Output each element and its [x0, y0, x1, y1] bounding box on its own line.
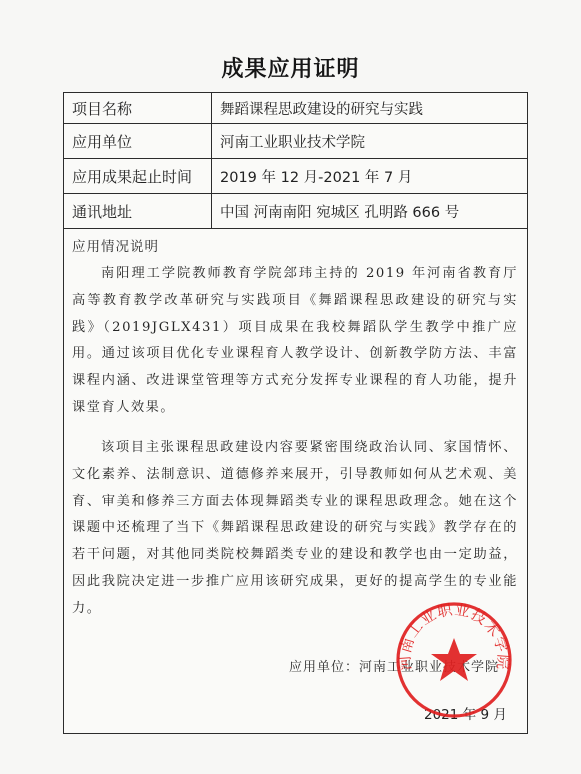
signature-date: 2021 年 9 月 — [424, 703, 507, 723]
field-value: 2019 年 12 月-2021 年 7 月 — [212, 159, 527, 193]
field-value: 河南工业职业技术学院 — [212, 124, 527, 158]
field-label: 通讯地址 — [64, 194, 212, 228]
field-row-period: 应用成果起止时间 2019 年 12 月-2021 年 7 月 — [64, 159, 527, 194]
field-value: 中国 河南南阳 宛城区 孔明路 666 号 — [212, 194, 527, 228]
description-label: 应用情况说明 — [72, 235, 159, 255]
field-label: 应用成果起止时间 — [64, 159, 212, 193]
description-paragraph-1: 南阳理工学院教师教育学院郐玮主持的 2019 年河南省教育厅高等教育教学改革研究… — [72, 261, 518, 422]
signature-line: 应用单位：河南工业职业技术学院 — [289, 656, 499, 675]
description-paragraph-2: 该项目主张课程思政建设内容要紧密围绕政治认同、家国情怀、文化素养、法制意识、道德… — [72, 435, 518, 623]
certificate-table: 项目名称 舞蹈课程思政建设的研究与实践 应用单位 河南工业职业技术学院 应用成果… — [63, 92, 528, 734]
document-title: 成果应用证明 — [0, 52, 581, 83]
field-value: 舞蹈课程思政建设的研究与实践 — [212, 93, 527, 123]
field-label: 应用单位 — [64, 124, 212, 158]
field-row-application-unit: 应用单位 河南工业职业技术学院 — [64, 124, 527, 159]
field-label: 项目名称 — [64, 93, 212, 123]
field-row-project-name: 项目名称 舞蹈课程思政建设的研究与实践 — [64, 93, 527, 124]
field-row-address: 通讯地址 中国 河南南阳 宛城区 孔明路 666 号 — [64, 194, 527, 229]
